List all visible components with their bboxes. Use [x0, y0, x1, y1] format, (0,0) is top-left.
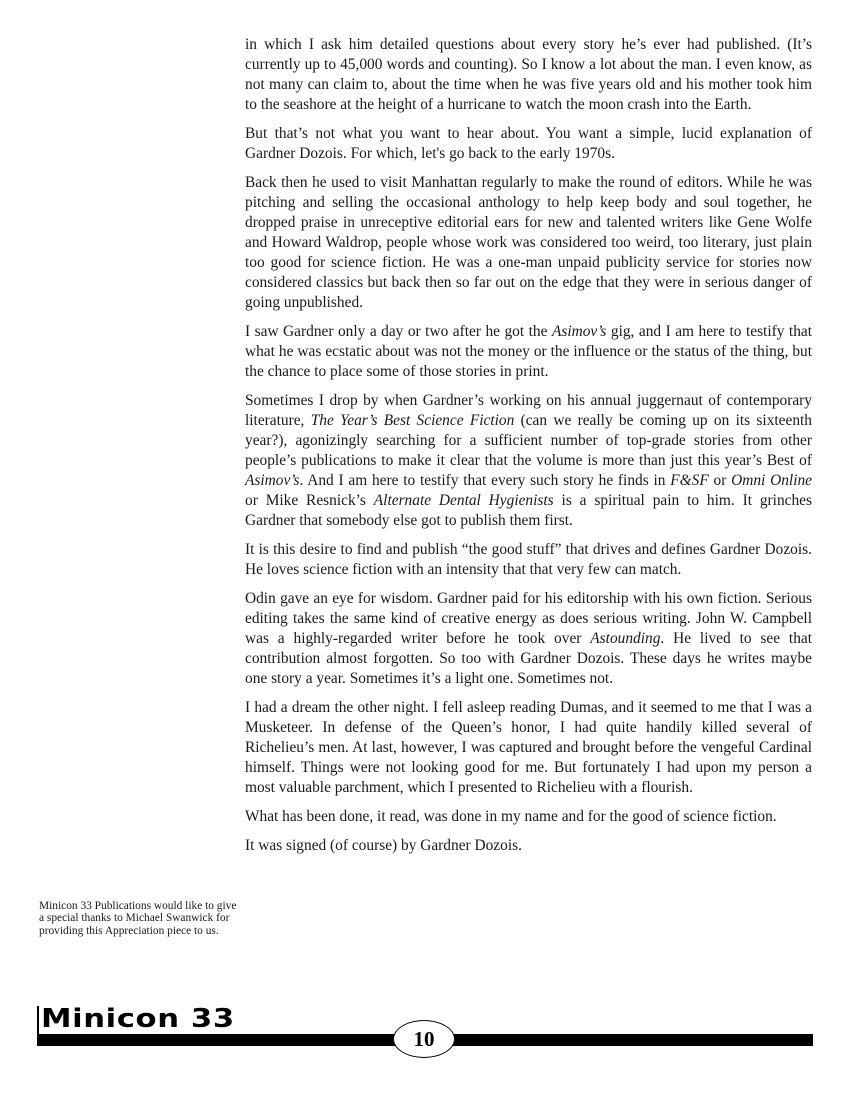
article-body: in which I ask him detailed questions ab… [245, 35, 812, 865]
article-paragraph: Back then he used to visit Manhattan reg… [245, 173, 812, 313]
article-paragraph: I had a dream the other night. I fell as… [245, 698, 812, 798]
paragraph-text: Back then he used to visit Manhattan reg… [245, 174, 812, 311]
article-paragraph: It was signed (of course) by Gardner Doz… [245, 836, 812, 856]
italic-title: Omni Online [731, 472, 812, 489]
italic-title: The Year’s Best Science Fiction [311, 412, 515, 429]
paragraph-text: or Mike Resnick’s [245, 492, 374, 509]
paragraph-text: I had a dream the other night. I fell as… [245, 699, 812, 796]
page-number-badge: 10 [393, 1020, 455, 1058]
logo-left-rule [37, 1006, 39, 1036]
paragraph-text: I saw Gardner only a day or two after he… [245, 323, 552, 340]
italic-title: F&SF [670, 472, 708, 489]
paragraph-text: It is this desire to find and publish “t… [245, 541, 812, 578]
paragraph-text: What has been done, it read, was done in… [245, 808, 777, 825]
article-paragraph: It is this desire to find and publish “t… [245, 540, 812, 580]
paragraph-text: or [709, 472, 731, 489]
article-paragraph: What has been done, it read, was done in… [245, 807, 812, 827]
italic-title: Asimov’s [552, 323, 606, 340]
article-paragraph: in which I ask him detailed questions ab… [245, 35, 812, 115]
italic-title: Alternate Dental Hygienists [374, 492, 554, 509]
article-paragraph: Odin gave an eye for wisdom. Gardner pai… [245, 589, 812, 689]
paragraph-text: in which I ask him detailed questions ab… [245, 36, 812, 113]
minicon-logo: Minicon 33 [41, 1004, 235, 1034]
paragraph-text: . And I am here to testify that every su… [299, 472, 670, 489]
italic-title: Asimov’s [245, 472, 299, 489]
article-paragraph: Sometimes I drop by when Gardner’s worki… [245, 391, 812, 531]
article-paragraph: I saw Gardner only a day or two after he… [245, 322, 812, 382]
italic-title: Astounding [590, 630, 660, 647]
acknowledgement-note: Minicon 33 Publications would like to gi… [39, 900, 239, 937]
page-number: 10 [414, 1027, 435, 1052]
paragraph-text: But that’s not what you want to hear abo… [245, 125, 812, 162]
paragraph-text: It was signed (of course) by Gardner Doz… [245, 837, 522, 854]
article-paragraph: But that’s not what you want to hear abo… [245, 124, 812, 164]
